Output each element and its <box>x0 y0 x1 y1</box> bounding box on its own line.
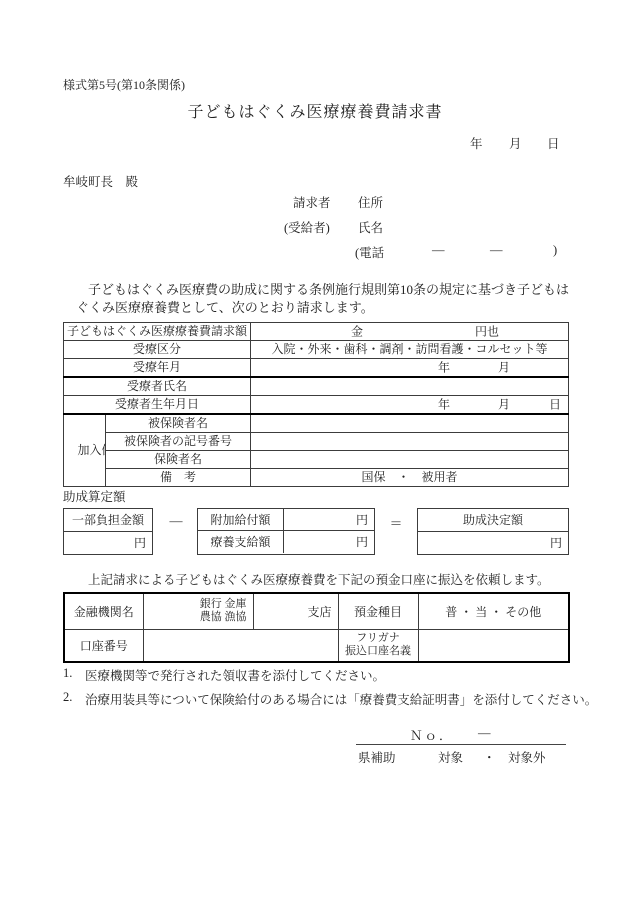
patient-birth-label: 受療者生年月日 <box>64 396 251 415</box>
institution-label: 金融機関名 <box>64 593 143 629</box>
category-label: 受療区分 <box>64 341 251 359</box>
decision-amount-field: 円 <box>418 532 568 554</box>
insurer-name-field <box>251 451 569 469</box>
insured-name-row: 加入保険 被保険者名 <box>64 414 569 433</box>
note-2-number: 2. <box>63 690 85 708</box>
decision-box: 助成決定額 円 <box>417 508 569 555</box>
benefit-label: 療養支給額 <box>198 531 284 553</box>
patient-name-row: 受療者氏名 <box>64 377 569 396</box>
insured-name-field <box>251 414 569 433</box>
amount-suffix: 円也 <box>475 324 499 339</box>
addition-amount-field: 円 <box>284 509 374 531</box>
insured-number-label: 被保険者の記号番号 <box>106 433 251 451</box>
note-1: 1. 医療機関等で発行された領収書を添付してください。 <box>63 666 603 684</box>
number-label: Ｎｏ． <box>410 726 454 744</box>
equals-sign: ＝ <box>386 513 406 532</box>
phone-dash-1: ― <box>432 243 445 258</box>
copay-label: 一部負担金額 <box>64 509 152 532</box>
patient-birth-field: 年 月 日 <box>251 396 569 415</box>
option-separator-dot: ・ <box>483 748 496 766</box>
deposit-type-label: 預金種目 <box>338 593 418 629</box>
treatment-month-row: 受療年月 年 月 <box>64 359 569 378</box>
remarks-label: 備 考 <box>106 469 251 487</box>
claimant-role-line2: (受給者) <box>284 218 330 236</box>
insured-name-label: 被保険者名 <box>106 414 251 433</box>
claim-amount-field: 金 円也 <box>251 323 569 341</box>
phone-dash-2: ― <box>490 243 503 258</box>
claim-table: 子どもはぐくみ医療療養費請求額 金 円也 受療区分 入院・外来・歯科・調剤・訪問… <box>63 322 569 487</box>
institution-name-field: 銀行 金庫 農協 漁協 <box>143 593 253 629</box>
insured-number-row: 被保険者の記号番号 <box>64 433 569 451</box>
bank-row-1: 金融機関名 銀行 金庫 農協 漁協 支店 預金種目 普 ・ 当 ・ その他 <box>64 593 569 629</box>
birth-day-unit: 日 <box>549 397 561 412</box>
form-page: 様式第5号(第10条関係) 子どもはぐくみ医療療養費請求書 年 月 日 牟岐町長… <box>0 0 630 903</box>
transfer-request-text: 上記請求による子どもはぐくみ医療療養費を下記の預金口座に振込を依頼します。 <box>88 570 550 588</box>
claim-amount-label: 子どもはぐくみ医療療養費請求額 <box>64 323 251 341</box>
institution-type-line2: 農協 漁協 <box>144 611 247 624</box>
treatment-category-row: 受療区分 入院・外来・歯科・調剤・訪問看護・コルセット等 <box>64 341 569 359</box>
patient-birth-row: 受療者生年月日 年 月 日 <box>64 396 569 415</box>
remarks-row: 備 考 国保 ・ 被用者 <box>64 469 569 487</box>
copay-box: 一部負担金額 円 <box>63 508 153 555</box>
bank-row-2: 口座番号 フリガナ 振込口座名義 <box>64 629 569 662</box>
insurer-name-label: 保険者名 <box>106 451 251 469</box>
page-title: 子どもはぐくみ医療療養費請求書 <box>0 99 630 122</box>
form-number: 様式第5号(第10条関係) <box>63 76 185 93</box>
institution-type-line1: 銀行 金庫 <box>144 598 247 611</box>
account-number-label: 口座番号 <box>64 629 143 662</box>
date-year-label: 年 <box>470 134 483 152</box>
addressee: 牟岐町長 殿 <box>63 172 138 190</box>
date-month-label: 月 <box>509 134 522 152</box>
patient-name-label: 受療者氏名 <box>64 377 251 396</box>
copay-amount-field: 円 <box>64 532 152 554</box>
furigana-label: フリガナ <box>339 632 418 645</box>
insurer-name-row: 保険者名 <box>64 451 569 469</box>
subsidy-section-label: 助成算定額 <box>63 487 126 505</box>
intro-line-2: ぐくみ医療療養費として、次のとおり請求します。 <box>76 297 374 316</box>
treatment-month-field: 年 月 <box>251 359 569 378</box>
account-number-field <box>143 629 338 662</box>
prefecture-subsidy-label: 県補助 <box>358 748 396 766</box>
decision-label: 助成決定額 <box>418 509 568 532</box>
addition-benefit-box: 附加給付額 円 療養支給額 円 <box>197 508 375 555</box>
number-dash: ― <box>478 726 491 741</box>
addition-label: 附加給付額 <box>198 509 284 531</box>
note-2: 2. 治療用装具等について保険給付のある場合には「療養費支給証明書」を添付してく… <box>63 690 623 708</box>
phone-close-paren: ) <box>553 243 557 258</box>
holder-label: 振込口座名義 <box>339 645 418 658</box>
benefit-amount-field: 円 <box>284 531 374 553</box>
birth-year-unit: 年 <box>438 397 450 412</box>
branch-label: 支店 <box>253 593 338 629</box>
claimant-role-line1: 請求者 <box>293 193 331 211</box>
insurance-group-cell: 加入保険 <box>64 414 106 487</box>
note-1-number: 1. <box>63 666 85 684</box>
note-2-text: 治療用装具等について保険給付のある場合には「療養費支給証明書」を添付してください… <box>85 690 597 708</box>
holder-label-cell: フリガナ 振込口座名義 <box>338 629 418 662</box>
minus-sign: ― <box>166 513 186 529</box>
remarks-options: 国保 ・ 被用者 <box>251 469 569 487</box>
treatment-year-unit: 年 <box>438 360 450 375</box>
insured-number-field <box>251 433 569 451</box>
option-excluded: 対象外 <box>508 748 546 766</box>
insurance-group-label: 加入保険 <box>78 442 92 459</box>
treatment-month-unit: 月 <box>498 360 510 375</box>
option-target: 対象 <box>438 748 463 766</box>
intro-line-1: 子どもはぐくみ医療費の助成に関する条例施行規則第10条の規定に基づき子どもは <box>88 279 569 298</box>
amount-prefix: 金 <box>351 324 363 339</box>
phone-label: (電話 <box>355 243 384 261</box>
note-1-text: 医療機関等で発行された領収書を添付してください。 <box>85 666 385 684</box>
deposit-type-options: 普 ・ 当 ・ その他 <box>418 593 569 629</box>
holder-name-field <box>418 629 569 662</box>
bank-table: 金融機関名 銀行 金庫 農協 漁協 支店 預金種目 普 ・ 当 ・ その他 口座… <box>63 592 570 663</box>
category-options: 入院・外来・歯科・調剤・訪問看護・コルセット等 <box>251 341 569 359</box>
footer-divider <box>356 744 566 745</box>
claim-amount-row: 子どもはぐくみ医療療養費請求額 金 円也 <box>64 323 569 341</box>
address-label: 住所 <box>358 193 383 211</box>
treatment-month-label: 受療年月 <box>64 359 251 378</box>
birth-month-unit: 月 <box>498 397 510 412</box>
name-label: 氏名 <box>358 218 383 236</box>
date-day-label: 日 <box>547 134 560 152</box>
patient-name-field <box>251 377 569 396</box>
